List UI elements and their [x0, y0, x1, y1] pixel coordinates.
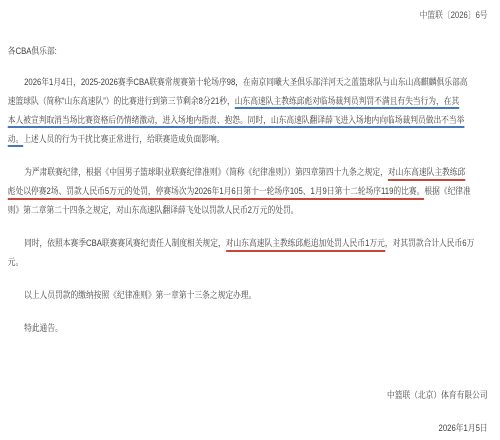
paragraph: 为严肃联赛纪律，根据《中国男子篮球职业联赛纪律准则》（简称《纪律准则》）第四章第…: [8, 163, 488, 220]
doc-line: 彪处以停赛2场、罚款人民币5万元的处罚，停赛场次为2026年1月6日第十一轮场序…: [8, 182, 488, 201]
text-segment: 元。: [8, 257, 23, 267]
red-underlined-text: 对山东高速队主教练邱彪追加处罚人民币1万元: [226, 238, 385, 252]
blue-underlined-text: 动。: [8, 134, 23, 147]
paragraph: 以上人员罚款的缴纳按照《纪律准则》第一章第十三条之规定办理。: [8, 286, 488, 305]
doc-number: 中篮联〔2026〕6号: [8, 8, 488, 22]
notice-page: 中篮联〔2026〕6号 各CBA俱乐部: 2026年1月4日，2025-2026…: [0, 0, 500, 438]
doc-line: 特此通告。: [8, 319, 488, 338]
doc-line: 同时，依照本赛季CBA联赛赛风赛纪责任人制度相关规定，对山东高速队主教练邱彪追加…: [8, 234, 488, 253]
blue-underlined-text: 山东高速队主教练邱彪对临场裁判员判罚不满且有失当行为，在其: [235, 96, 459, 109]
text-segment: 为严肃联赛纪律，根据《中国男子篮球职业联赛纪律准则》（简称《纪律准则》）第四章第…: [24, 167, 388, 177]
notice-body: 2026年1月4日，2025-2026赛季CBA联赛常规赛第十轮场序98，在南京…: [8, 73, 488, 338]
doc-line: 以上人员罚款的缴纳按照《纪律准则》第一章第十三条之规定办理。: [8, 286, 488, 305]
doc-line: 本人被宣判取消当场比赛资格后仍情绪激动，进入场地内指责、抱怨。同时，山东高速队翻…: [8, 111, 488, 130]
issuer-signature: 中篮联（北京）体育有限公司: [8, 386, 488, 405]
doc-line: 为严肃联赛纪律，根据《中国男子篮球职业联赛纪律准则》（简称《纪律准则》）第四章第…: [8, 163, 488, 182]
text-segment: 速篮球队（简称“山东高速队”）的比赛进行到第三节剩余8分21秒，: [8, 96, 235, 106]
doc-line: 元。: [8, 253, 488, 272]
text-segment: 同时，依照本赛季CBA联赛赛风赛纪责任人制度相关规定，: [24, 238, 226, 248]
text-segment: 则》第二章第二十四条之规定，对山东高速队翻译薛飞处以罚款人民币2万元的处罚。: [8, 205, 299, 215]
paragraph: 2026年1月4日，2025-2026赛季CBA联赛常规赛第十轮场序98，在南京…: [8, 73, 488, 149]
text-segment: 根据《纪律准: [424, 186, 470, 196]
red-underlined-text: 彪处以停赛2场、罚款人民币5万元的处罚，停赛场次为2026年1月6日第十一轮场序…: [8, 186, 425, 200]
blue-underlined-text: 本人被宣判取消当场比赛资格后仍情绪激动，进入场地内指责、抱怨。同时，山东高速队翻…: [8, 115, 465, 128]
doc-line: 动。上述人员的行为干扰比赛正常进行，给联赛造成负面影响。: [8, 130, 488, 149]
paragraph: 同时，依照本赛季CBA联赛赛风赛纪责任人制度相关规定，对山东高速队主教练邱彪追加…: [8, 234, 488, 272]
text-segment: 以上人员罚款的缴纳按照《纪律准则》第一章第十三条之规定办理。: [24, 290, 256, 300]
text-segment: 2026年1月4日，2025-2026赛季CBA联赛常规赛第十轮场序98，在南京…: [24, 77, 467, 87]
doc-line: 则》第二章第二十四条之规定，对山东高速队翻译薛飞处以罚款人民币2万元的处罚。: [8, 201, 488, 220]
doc-line: 2026年1月4日，2025-2026赛季CBA联赛常规赛第十轮场序98，在南京…: [8, 73, 488, 92]
text-segment: 特此通告。: [24, 323, 63, 333]
issue-date: 2026年1月5日: [8, 419, 488, 438]
salutation: 各CBA俱乐部:: [8, 42, 488, 61]
text-segment: 上述人员的行为干扰比赛正常进行，给联赛造成负面影响。: [23, 134, 224, 144]
paragraph: 特此通告。: [8, 319, 488, 338]
red-underlined-text: 对山东高速队主教练邱: [388, 167, 465, 181]
doc-line: 速篮球队（简称“山东高速队”）的比赛进行到第三节剩余8分21秒，山东高速队主教练…: [8, 92, 488, 111]
text-segment: ，对其罚款合计人民币6万: [385, 238, 474, 248]
